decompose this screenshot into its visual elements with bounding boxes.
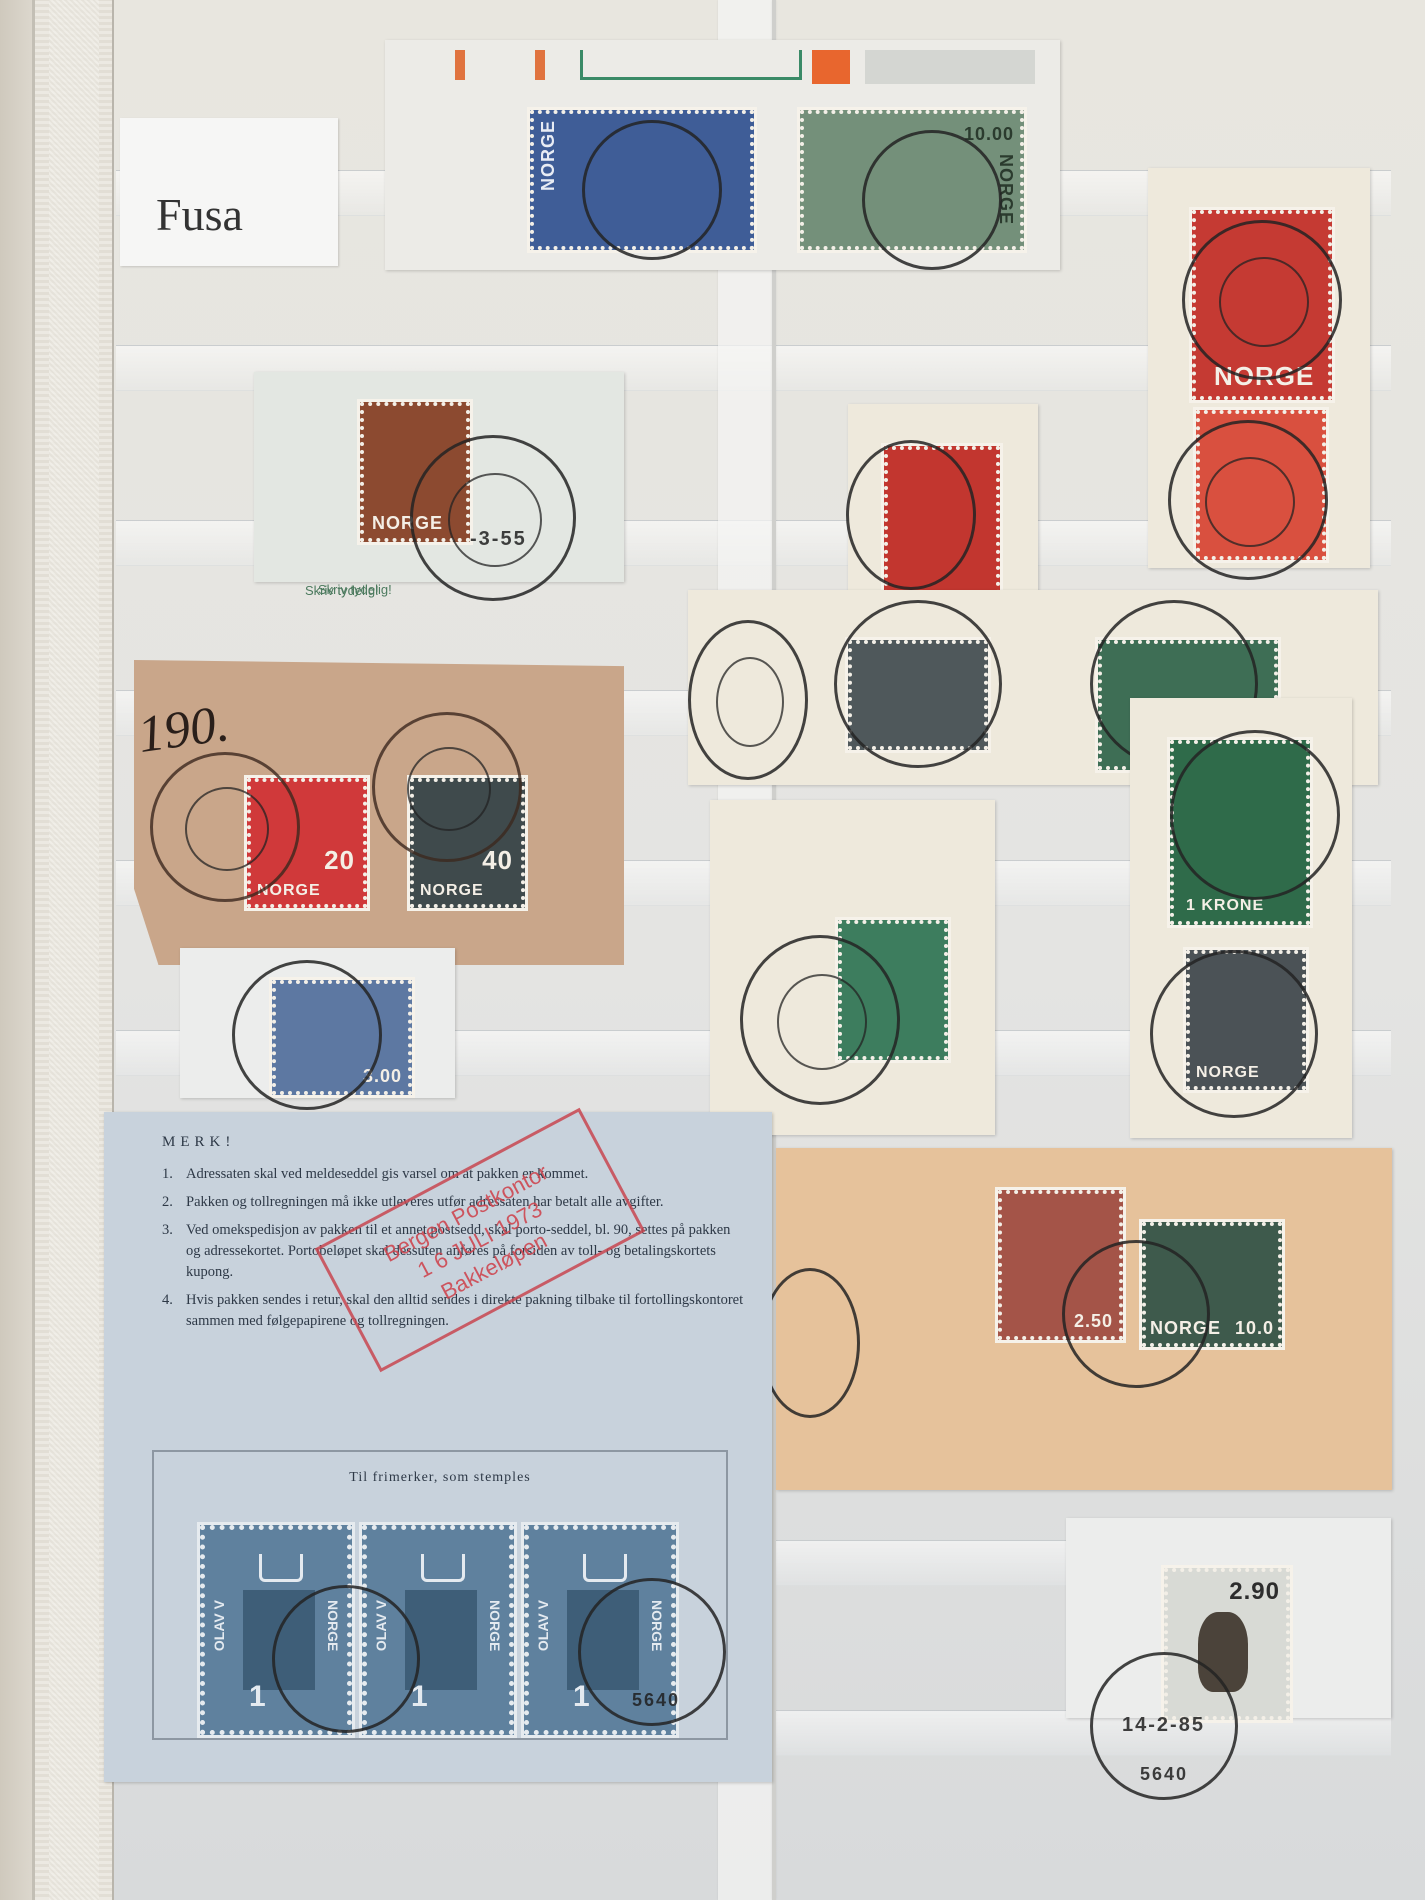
- postmark: [1150, 950, 1318, 1118]
- postmark: [1182, 220, 1342, 380]
- postmark: [410, 435, 576, 601]
- stamp-value: 20: [324, 845, 355, 876]
- item-number: 2.: [162, 1192, 173, 1213]
- item-number: 3.: [162, 1220, 173, 1241]
- album-spine: [0, 0, 32, 1900]
- region-label: Fusa: [120, 118, 338, 266]
- postmark: [150, 752, 300, 902]
- stamp-box-caption: Til frimerker, som stemples: [154, 1470, 726, 1486]
- item-number: 4.: [162, 1290, 173, 1311]
- stamp-country: NORGE: [538, 120, 559, 191]
- color-bar: [535, 50, 545, 80]
- parcel-card-heading: MERK!: [162, 1134, 235, 1151]
- region-label-text: Fusa: [156, 188, 243, 241]
- color-bar: [812, 50, 850, 84]
- postmark: [862, 130, 1002, 270]
- stamp-country: NORGE: [487, 1600, 503, 1651]
- card-footer-text: Skriv tydelig!: [305, 583, 379, 598]
- grey-bar: [865, 50, 1035, 84]
- stamp-country: NORGE: [420, 882, 484, 900]
- stamp-name: OLAV V: [535, 1600, 551, 1651]
- stamp-value: 10.0: [1235, 1318, 1274, 1339]
- binding-texture: [49, 0, 99, 1900]
- stamp-name: OLAV V: [211, 1600, 227, 1651]
- crown-icon: [259, 1554, 303, 1582]
- stamp-value: 2.90: [1229, 1578, 1280, 1606]
- color-bar: [455, 50, 465, 80]
- item-number: 1.: [162, 1164, 173, 1185]
- postmark: [834, 600, 1002, 768]
- stamp-album-page: Fusa NORGE 10.00 NORGE NORGE Skriv tydel…: [0, 0, 1425, 1900]
- album-binding: [32, 0, 114, 1900]
- postmark-code: 5640: [632, 1690, 680, 1711]
- postmark: [740, 935, 900, 1105]
- postmark: [272, 1585, 420, 1733]
- postmark: [846, 440, 976, 590]
- postmark: [760, 1268, 860, 1418]
- postmark: [232, 960, 382, 1110]
- postmark-date: -3-55: [470, 528, 527, 551]
- postmark: [372, 712, 522, 862]
- postmark: [1062, 1240, 1210, 1388]
- postmark: [688, 620, 808, 780]
- postmark: [1170, 730, 1340, 900]
- postmark-date: 14-2-85: [1122, 1714, 1205, 1737]
- postmark-code: 5640: [1140, 1764, 1188, 1785]
- postcode-boxes: [580, 50, 802, 80]
- postmark: [1168, 420, 1328, 580]
- crown-icon: [421, 1554, 465, 1582]
- stamp-value: 1: [249, 1680, 266, 1714]
- crown-icon: [583, 1554, 627, 1582]
- postmark: [582, 120, 722, 260]
